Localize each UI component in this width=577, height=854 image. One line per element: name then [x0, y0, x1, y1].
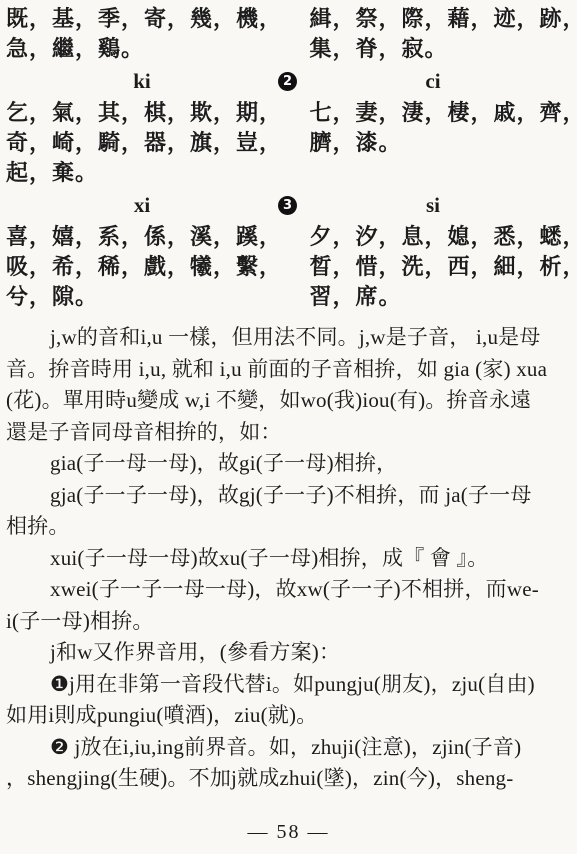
text-line: 相拚。 [6, 511, 569, 543]
char-section-gi-zi: 既，基，季，寄，幾，機， 急，繼，鷄。 緝，祭，際，藉，迹，跡， 集，脊，寂。 [6, 4, 569, 64]
char-line: 晳，惜，洗，西，細，析， [310, 252, 570, 282]
text-line: j和w又作界音用，(參看方案)： [6, 637, 569, 669]
text-line: ❶j用在非第一音段代替i。如pungju(朋友)，zju(自由) [6, 669, 569, 701]
char-line: 喜，嬉，系，係，溪，蹊， [6, 222, 288, 252]
text-line: 還是子音同母音相拚的，如： [6, 417, 569, 449]
char-line: 兮，隙。 [6, 282, 288, 312]
char-line: 急，繼，鷄。 [6, 34, 288, 64]
text-line: xui(子一母一母)故xu(子一母)相拚，成『 會 』。 [6, 543, 569, 575]
section-header-ki-ci: ki 2 ci [6, 65, 569, 97]
char-line: 夕，汐，息，媳，悉，蟋， [310, 222, 570, 252]
column-right: 七，妻，淒，棲，戚，齊， 臍，漆。 [288, 98, 570, 188]
text-line: ，shengjing(生硬)。不加j就成zhui(墜)，zin(今)，sheng… [6, 763, 569, 795]
char-line: 臍，漆。 [310, 128, 570, 158]
text-line: 音。拚音時用 i,u, 就和 i,u 前面的子音相拚，如 gia (家) xua [6, 354, 569, 386]
text-line: j,w的音和i,u 一樣，但用法不同。j,w是子音， i,u是母 [6, 322, 569, 354]
text-line: (花)。單用時u變成 w,i 不變，如wo(我)iou(有)。拚音永遠 [6, 385, 569, 417]
text-line: gja(子一子一母)，故gj(子一子)不相拚，而 ja(子一母 [6, 480, 569, 512]
column-left: 既，基，季，寄，幾，機， 急，繼，鷄。 [6, 4, 288, 64]
char-line: 奇，崎，騎，器，旗，豈， [6, 128, 288, 158]
text-line: 如用i則成pungiu(噴酒)，ziu(就)。 [6, 700, 569, 732]
char-line: 七，妻，淒，棲，戚，齊， [310, 98, 570, 128]
section-header-xi-si: xi 3 si [6, 189, 569, 221]
circled-number-2-icon: 2 [278, 72, 297, 91]
char-line: 既，基，季，寄，幾，機， [6, 4, 288, 34]
text-line: i(子一母)相拚。 [6, 606, 569, 638]
column-right: 緝，祭，際，藉，迹，跡， 集，脊，寂。 [288, 4, 570, 64]
header-label-xi: xi [6, 193, 278, 218]
header-label-ki: ki [6, 69, 278, 94]
scanned-book-page: 既，基，季，寄，幾，機， 急，繼，鷄。 緝，祭，際，藉，迹，跡， 集，脊，寂。 … [0, 0, 577, 854]
text-line: xwei(子一子一母一母)，故xw(子一子)不相拼，而we- [6, 574, 569, 606]
char-section-xi-si: 喜，嬉，系，係，溪，蹊， 吸，希，稀，戲，犧，繫， 兮，隙。 夕，汐，息，媳，悉… [6, 222, 569, 312]
text-line: ❷ j放在i,iu,ing前界音。如，zhuji(注意)，zjin(子音) [6, 732, 569, 764]
header-label-ci: ci [297, 69, 569, 94]
column-left: 乞，氣，其，棋，欺，期， 奇，崎，騎，器，旗，豈， 起，棄。 [6, 98, 288, 188]
char-line: 集，脊，寂。 [310, 34, 570, 64]
char-line: 吸，希，稀，戲，犧，繫， [6, 252, 288, 282]
character-list: 既，基，季，寄，幾，機， 急，繼，鷄。 緝，祭，際，藉，迹，跡， 集，脊，寂。 … [6, 4, 569, 312]
char-line: 乞，氣，其，棋，欺，期， [6, 98, 288, 128]
text-line: gia(子一母一母)，故gi(子一母)相拚， [6, 448, 569, 480]
column-left: 喜，嬉，系，係，溪，蹊， 吸，希，稀，戲，犧，繫， 兮，隙。 [6, 222, 288, 312]
circled-number-3-icon: 3 [278, 196, 297, 215]
char-line: 起，棄。 [6, 158, 288, 188]
char-line: 緝，祭，際，藉，迹，跡， [310, 4, 570, 34]
char-line: 習，席。 [310, 282, 570, 312]
column-right: 夕，汐，息，媳，悉，蟋， 晳，惜，洗，西，細，析， 習，席。 [288, 222, 570, 312]
char-section-ki-ci: 乞，氣，其，棋，欺，期， 奇，崎，騎，器，旗，豈， 起，棄。 七，妻，淒，棲，戚… [6, 98, 569, 188]
page-number: — 58 — [0, 821, 577, 844]
body-paragraphs: j,w的音和i,u 一樣，但用法不同。j,w是子音， i,u是母 音。拚音時用 … [6, 322, 569, 795]
header-label-si: si [297, 193, 569, 218]
